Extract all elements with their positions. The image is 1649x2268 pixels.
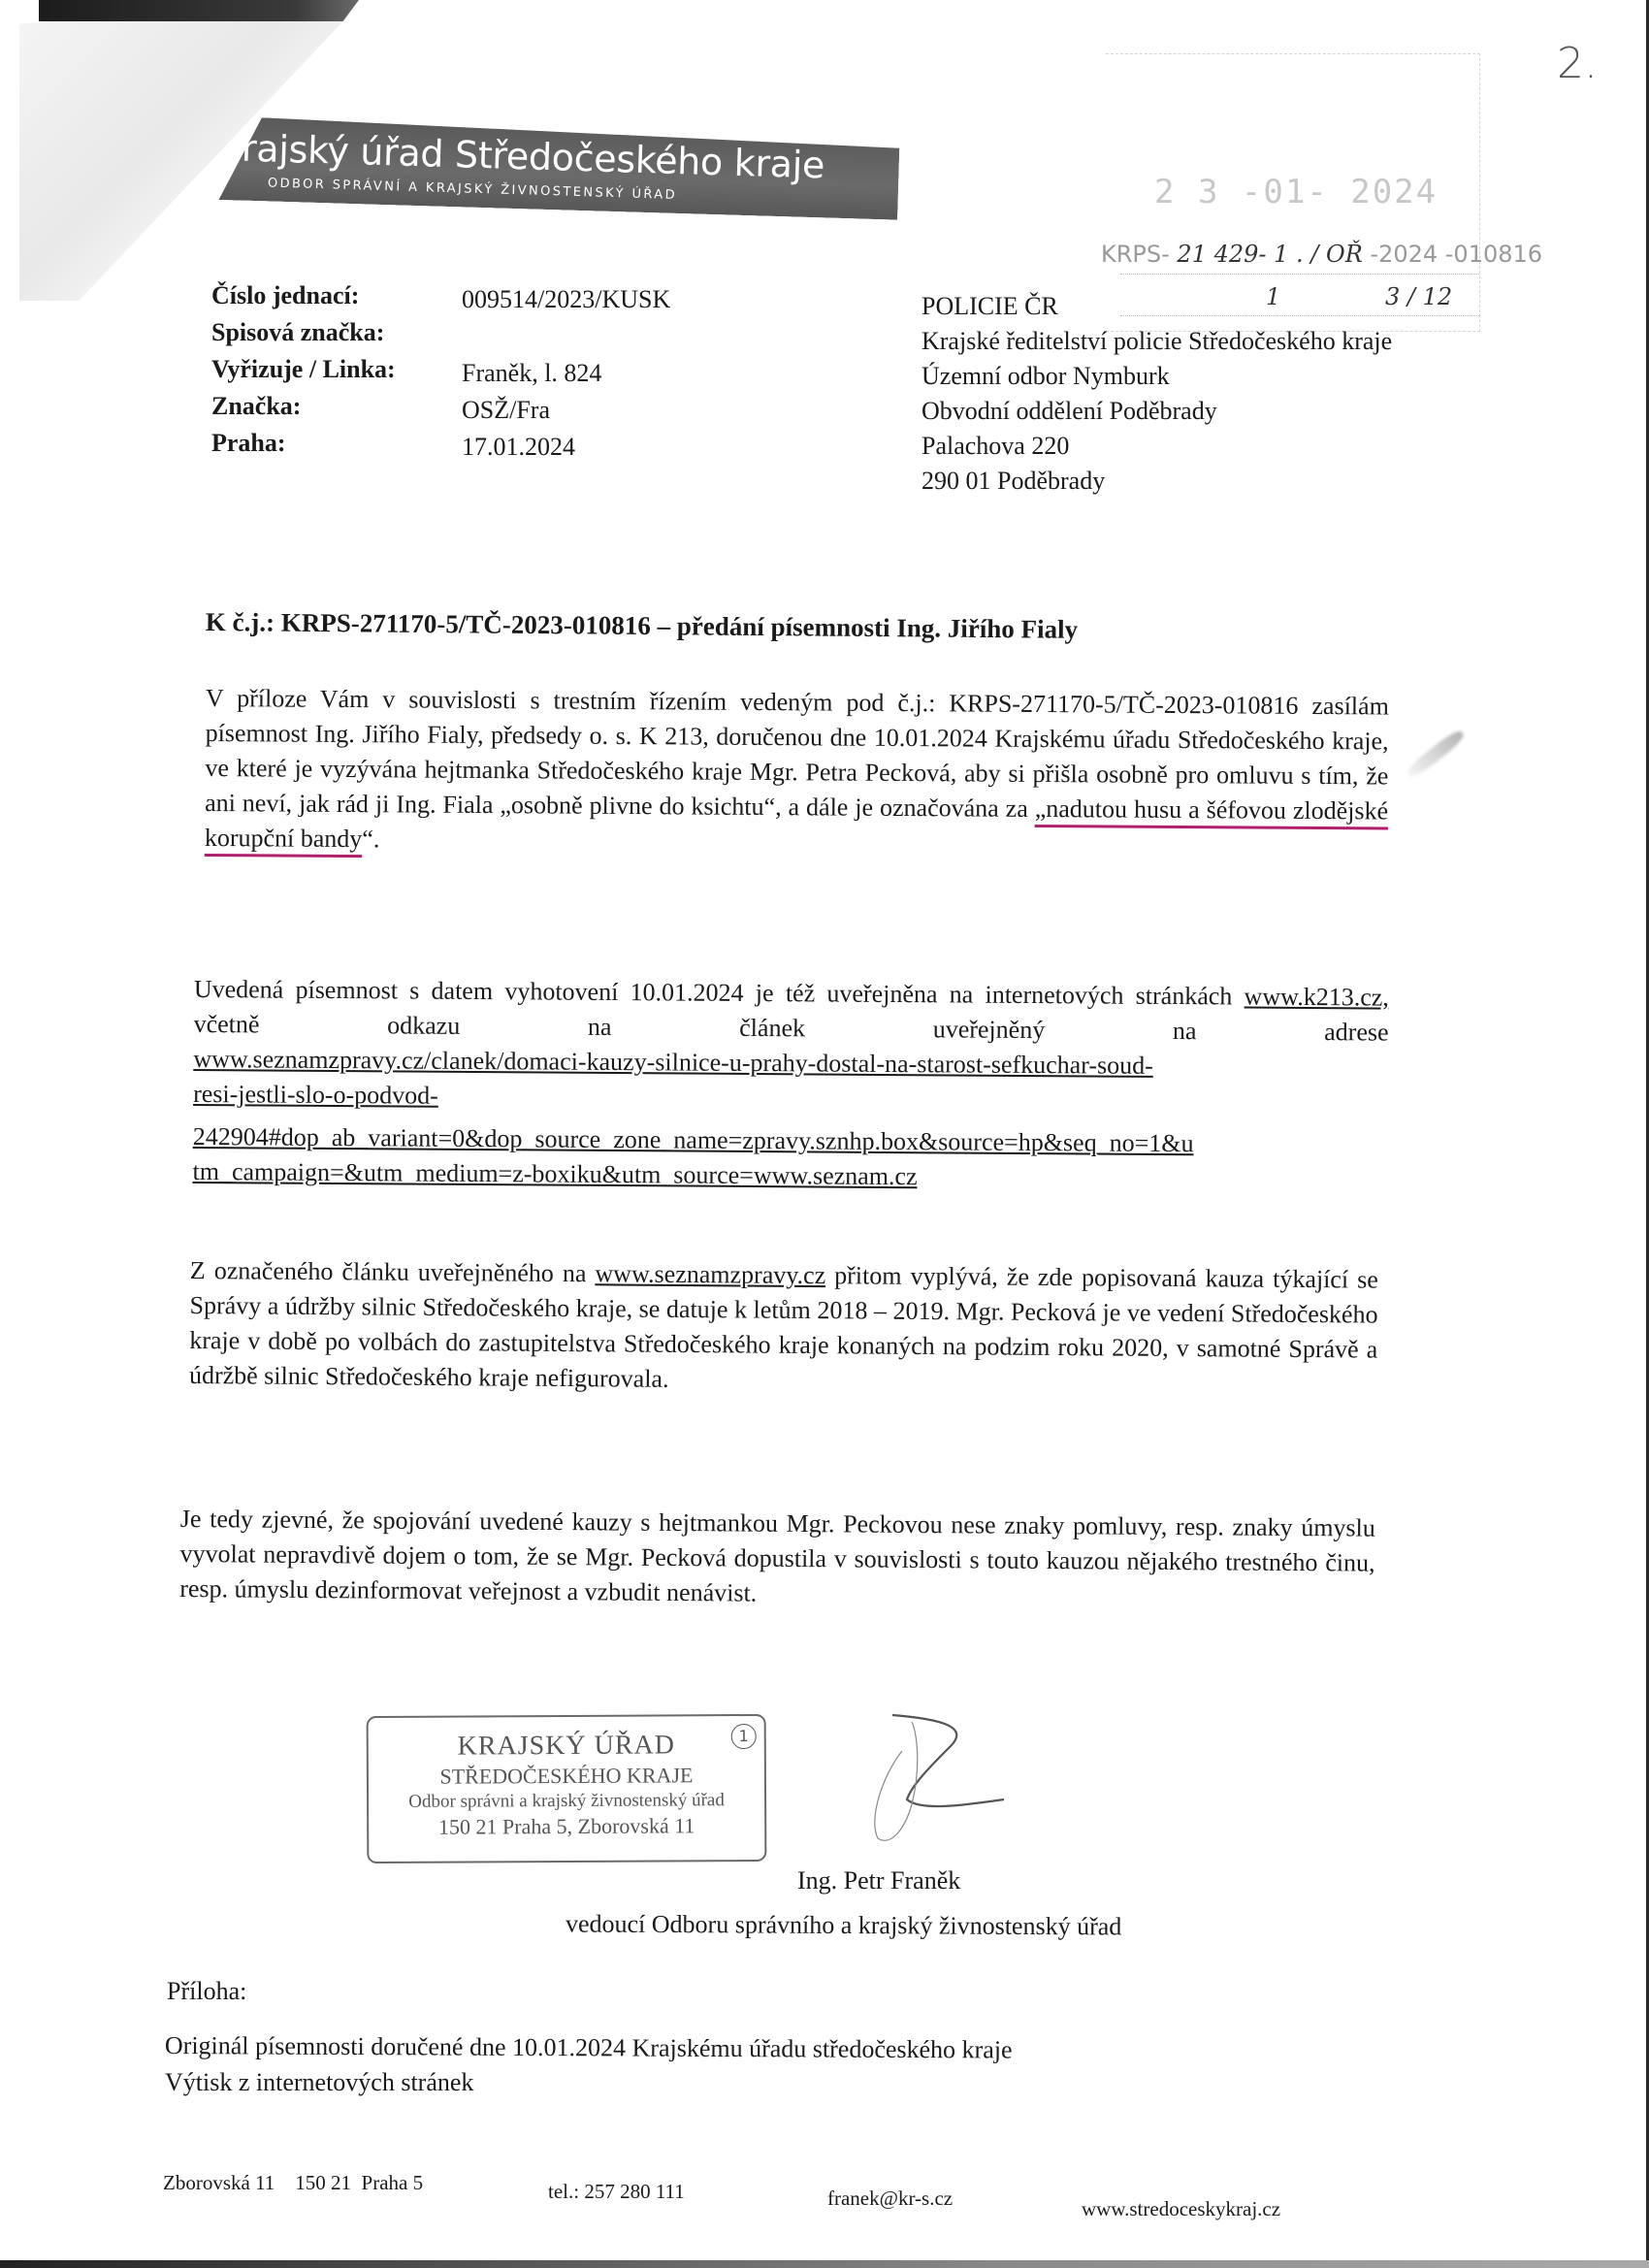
seznamzpravy-link[interactable]: www.seznamzpravy.cz [595, 1259, 825, 1289]
recipient-address: POLICIE ČRKrajské ředitelství policie St… [921, 289, 1392, 499]
receipt-reference: KRPS- 21 429- 1 . / OŘ -2024 -010816 [1101, 241, 1542, 268]
attachment-item: Originál písemnosti doručené dne 10.01.2… [165, 2031, 1013, 2065]
ref-prefix: KRPS- [1101, 241, 1170, 268]
subject-line: K č.j.: KRPS-271170-5/TČ-2023-010816 – p… [206, 607, 1079, 645]
footer-email[interactable]: franek@kr-s.cz [827, 2187, 953, 2211]
article-url[interactable]: www.seznamzpravy.cz/clanek/domaci-kauzy-… [192, 1042, 1388, 1198]
footer-phone: tel.: 257 280 111 [548, 2180, 685, 2204]
ref-suffix: -2024 -010816 [1370, 241, 1542, 268]
office-stamp: 1 KRAJSKÝ ÚŘAD STŘEDOČESKÉHO KRAJE Odbor… [367, 1714, 767, 1863]
recipient-line: Územní odbor Nymburk [921, 359, 1392, 394]
recipient-line: 290 01 Poděbrady [921, 464, 1392, 499]
letterhead-banner: rajský úřad Středočeského kraje ODBOR SP… [218, 116, 899, 220]
signature-scribble [854, 1707, 1048, 1853]
recipient-line: Palachova 220 [921, 429, 1392, 464]
scan-shadow-artifact [39, 0, 359, 21]
receipt-date: 2 3 -01- 2024 [1154, 173, 1438, 211]
page-number-handwritten: 2. [1557, 39, 1598, 88]
attachments-heading: Příloha: [167, 1977, 246, 2006]
ref-handwritten-number: 21 429- 1 [1177, 241, 1288, 268]
scan-edge-artifact [0, 2260, 1649, 2268]
signer-name: Ing. Petr Franěk [797, 1866, 960, 1895]
recipient-line: Krajské ředitelství policie Středočeskéh… [921, 324, 1392, 359]
meta-label: Číslo jednací: [211, 281, 359, 310]
paragraph-1: V příloze Vám v souvislosti s trestním ř… [205, 681, 1389, 864]
k213-link[interactable]: www.k213.cz, [1245, 983, 1389, 1012]
stamp-line-3: Odbor správni a krajský živnostenský úřa… [369, 1790, 764, 1813]
paragraph-4: Je tedy zjevné, že spojování uvedené kau… [179, 1502, 1375, 1616]
meta-label: Značka: [211, 392, 301, 421]
meta-label: Spisová značka: [211, 318, 384, 347]
stamp-sub-right: 3 / 12 [1385, 283, 1452, 310]
attachment-item: Výtisk z internetových stránek [165, 2068, 473, 2097]
pencil-mark [1405, 728, 1467, 780]
stamp-line-2: STŘEDOČESKÉHO KRAJE [369, 1763, 764, 1790]
article-url-line[interactable]: tm_campaign=&utm_medium=z-boxiku&utm_sou… [192, 1154, 1387, 1198]
ref-handwritten-dept: . / OŘ [1296, 241, 1363, 268]
meta-value: 009514/2023/KUSK [462, 285, 670, 314]
recipient-line: POLICIE ČR [921, 289, 1392, 324]
article-url-line[interactable]: resi-jestli-slo-o-podvod- [193, 1077, 1388, 1120]
meta-value: Franěk, l. 824 [462, 359, 601, 388]
paragraph-3-text: Z označeného článku uveřejněného na [190, 1256, 596, 1287]
paragraph-1-end: “. [362, 825, 379, 853]
paragraph-2: Uvedená písemnost s datem vyhotovení 10.… [192, 972, 1389, 1198]
footer-website[interactable]: www.stredoceskykraj.cz [1082, 2197, 1280, 2221]
stamp-line-4: 150 21 Praha 5, Zborovská 11 [369, 1813, 764, 1840]
meta-value: 17.01.2024 [462, 433, 575, 462]
paragraph-2-text: Uvedená písemnost s datem vyhotovení 10.… [194, 975, 1245, 1011]
paragraph-3: Z označeného článku uveřejněného na www.… [189, 1253, 1378, 1403]
stamp-number: 1 [731, 1724, 757, 1749]
stamp-divider [1120, 274, 1479, 275]
recipient-line: Obvodní oddělení Poděbrady [921, 394, 1392, 429]
signer-role: vedoucí Odboru správního a krajský živno… [566, 1909, 1121, 1941]
meta-label: Praha: [211, 429, 286, 458]
stamp-line-1: KRAJSKÝ ÚŘAD [369, 1730, 764, 1763]
footer-address: Zborovská 11 150 21 Praha 5 [163, 2171, 423, 2195]
meta-value: OSŽ/Fra [462, 396, 550, 425]
meta-label: Vyřizuje / Linka: [211, 355, 396, 384]
paragraph-2-middle: včetně odkazu na článek uveřejněný na ad… [194, 1010, 1389, 1047]
